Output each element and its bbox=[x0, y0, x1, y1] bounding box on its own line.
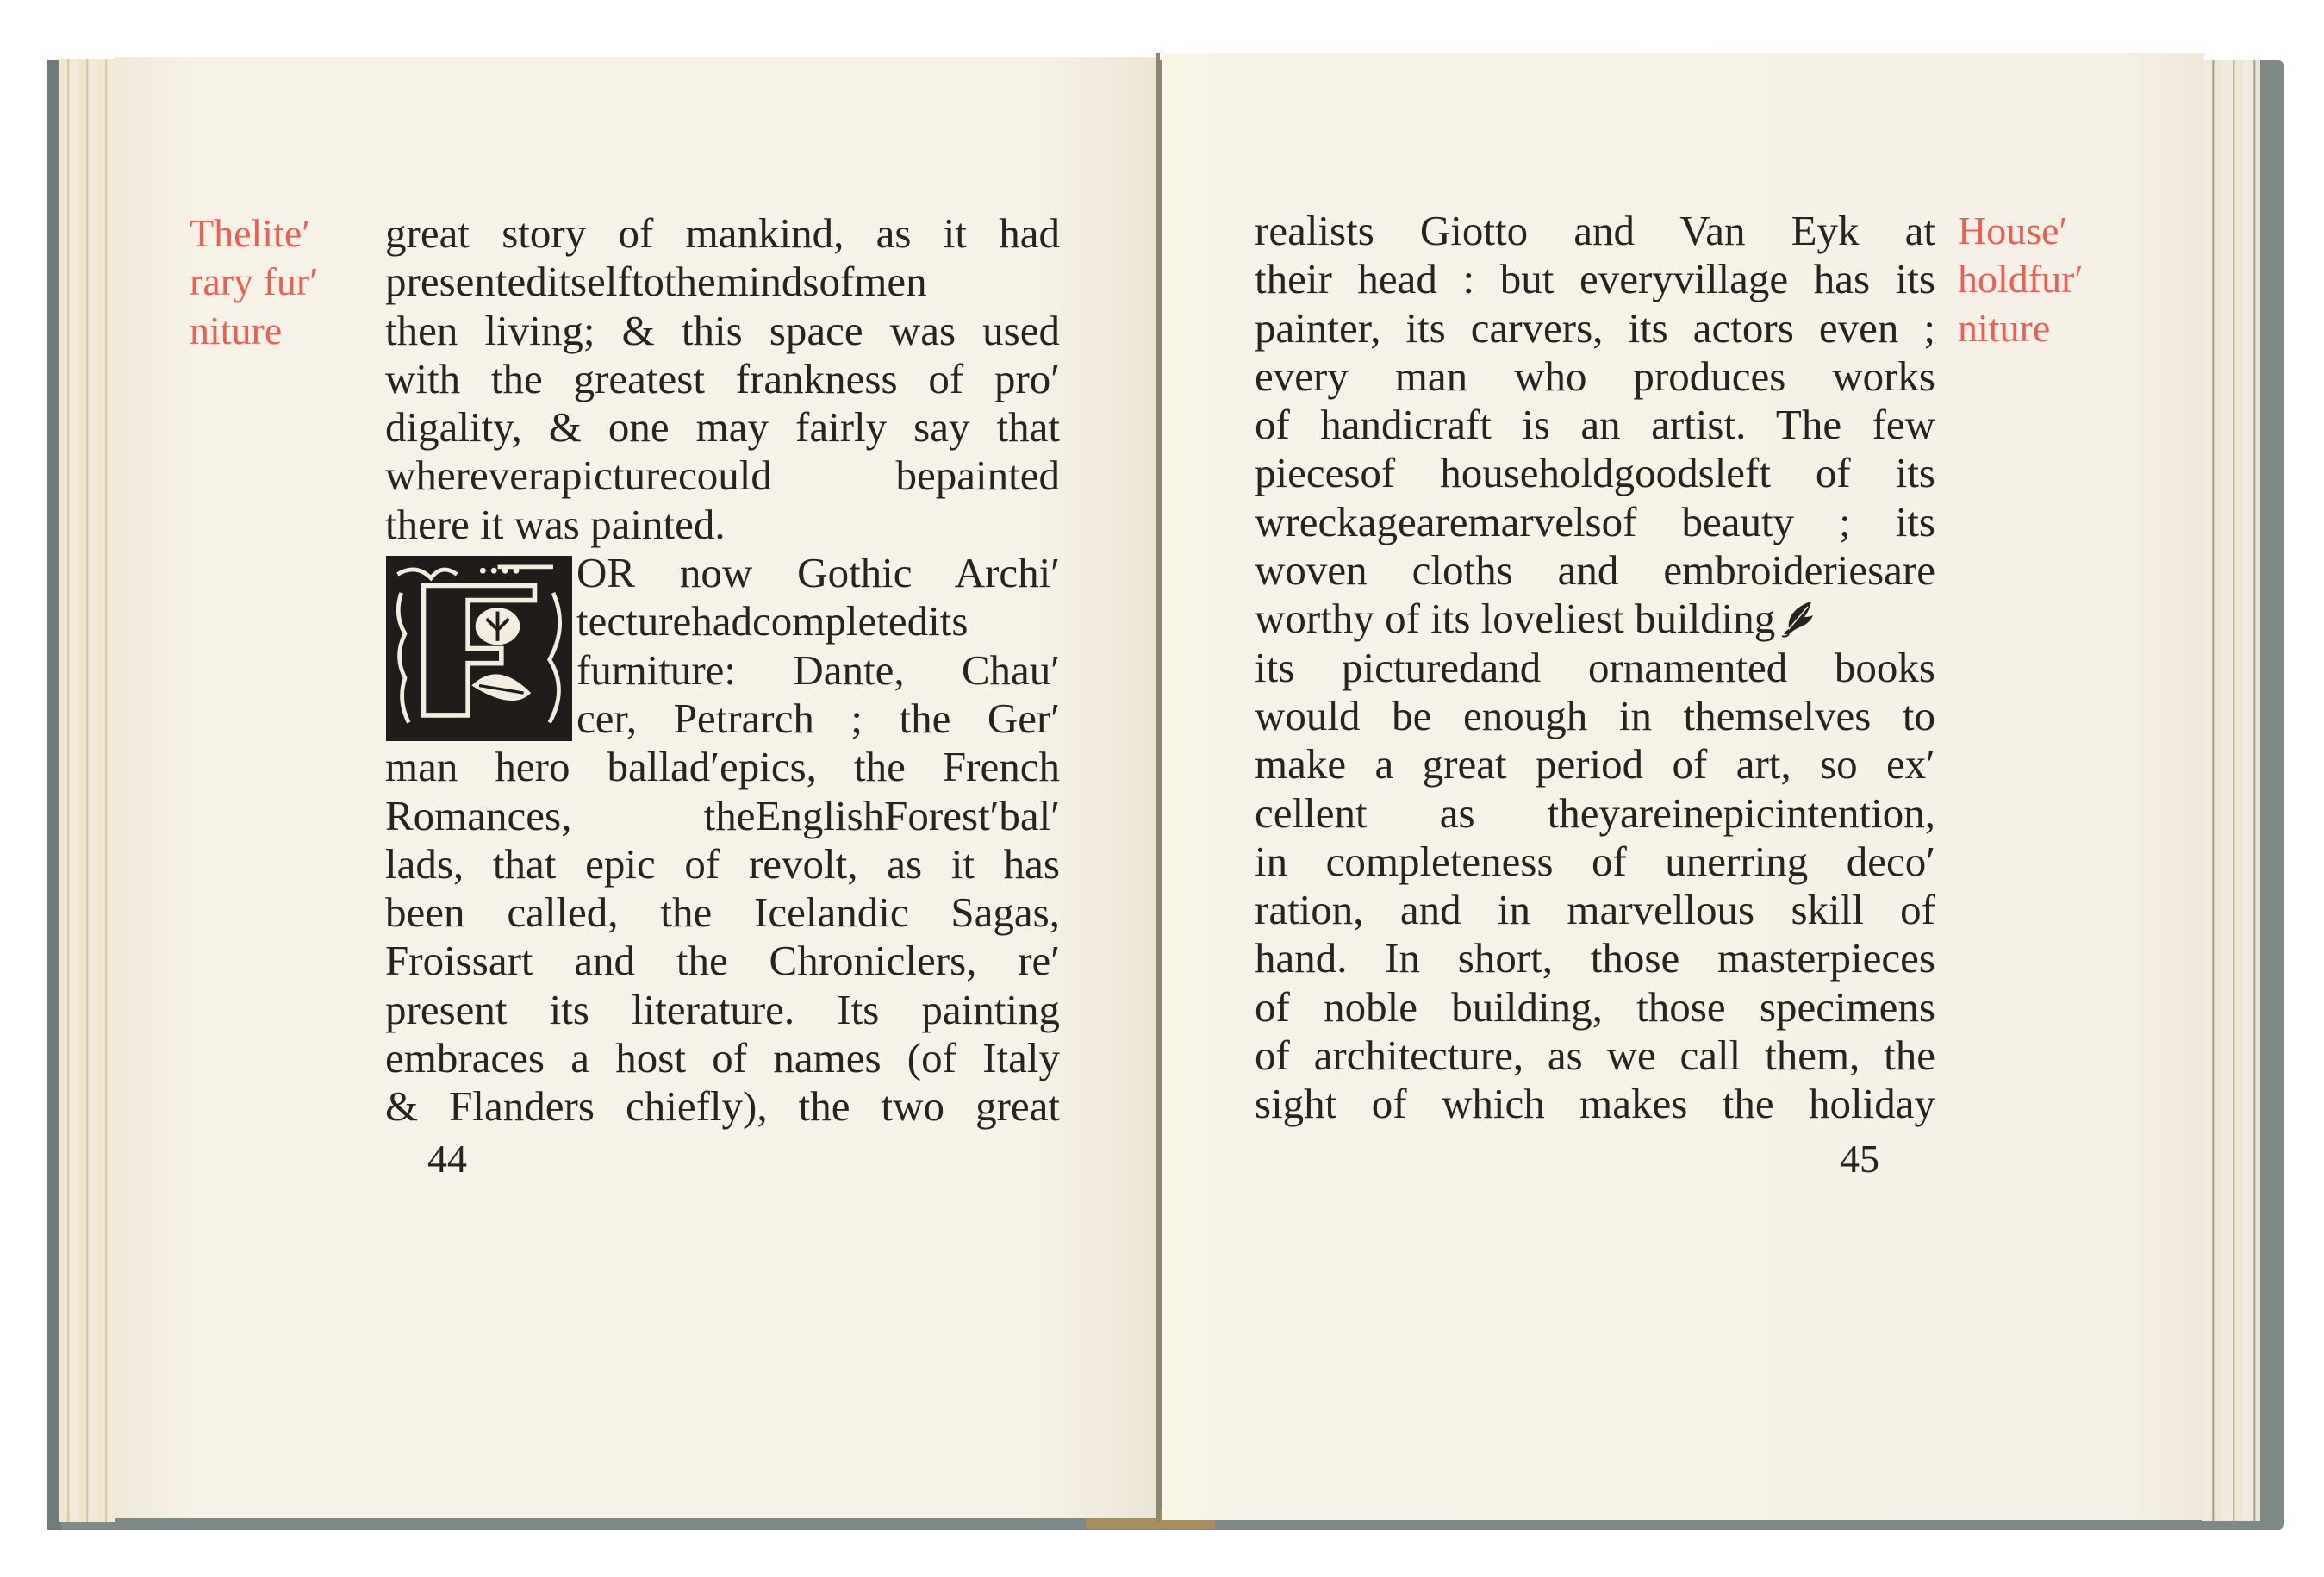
text-line: every man who produces works bbox=[1255, 352, 1935, 401]
text-line: worthy of its loveliest building bbox=[1255, 595, 1775, 642]
text-line: there it was painted. bbox=[385, 501, 1060, 549]
decorated-initial-f-icon bbox=[386, 556, 572, 741]
page-stack-left bbox=[59, 59, 115, 1522]
text-line: man hero ballad′epics, the French bbox=[385, 743, 1060, 791]
right-body-text: realists Giotto and Van Eyk at their hea… bbox=[1255, 207, 1935, 1129]
text-line: in completeness of unerring deco′ bbox=[1255, 838, 1935, 886]
text-line: cer, Petrarch ; the Ger′ bbox=[576, 695, 1060, 743]
text-line: OR now Gothic Archi′ bbox=[576, 549, 1060, 597]
text-line: cellent as theyareinepicintention, bbox=[1255, 789, 1935, 838]
text-line: whereverapicturecould bepainted bbox=[385, 452, 1060, 500]
text-line: tecturehadcompletedits bbox=[576, 597, 1060, 645]
text-line: great story of mankind, as it had bbox=[385, 209, 1060, 258]
text-line: lads, that epic of revolt, as it has bbox=[385, 840, 1060, 888]
text-line: of noble building, those specimens bbox=[1255, 983, 1935, 1032]
text-line: with the greatest frankness of pro′ bbox=[385, 355, 1060, 403]
left-sidenote: Thelite′ rary fur′ niture bbox=[190, 209, 318, 355]
text-line: of architecture, as we call them, the bbox=[1255, 1032, 1935, 1080]
text-line: Froissart and the Chroniclers, re′ bbox=[385, 937, 1060, 985]
text-line: of handicraft is an artist. The few bbox=[1255, 401, 1935, 449]
sidenote-line: Thelite′ bbox=[190, 209, 318, 258]
text-line: furniture: Dante, Chau′ bbox=[576, 646, 1060, 695]
text-line: their head : but everyvillage has its bbox=[1255, 255, 1935, 303]
page-stack-right bbox=[2202, 60, 2260, 1521]
text-line: embraces a host of names (of Italy bbox=[385, 1034, 1060, 1082]
sidenote-line: House′ bbox=[1958, 207, 2083, 255]
gutter-fold bbox=[1156, 53, 1160, 1522]
text-line: digality, & one may fairly say that bbox=[385, 403, 1060, 452]
text-line: hand. In short, those masterpieces bbox=[1255, 934, 1935, 982]
text-line: woven cloths and embroideriesare bbox=[1255, 546, 1935, 595]
text-line: realists Giotto and Van Eyk at bbox=[1255, 207, 1935, 255]
text-line: present its literature. Its painting bbox=[385, 986, 1060, 1034]
text-line: & Flanders chiefly), the two great bbox=[385, 1082, 1060, 1131]
text-line: then living; & this space was used bbox=[385, 307, 1060, 355]
text-line: ration, and in marvellous skill of bbox=[1255, 886, 1935, 934]
right-sidenote: House′ holdfur′ niture bbox=[1958, 207, 2083, 352]
text-line: piecesof householdgoodsleft of its bbox=[1255, 449, 1935, 497]
sidenote-line: niture bbox=[190, 307, 318, 355]
leaf-ornament-icon bbox=[1780, 600, 1815, 638]
text-line: been called, the Icelandic Sagas, bbox=[385, 888, 1060, 937]
text-line: its picturedand ornamented books bbox=[1255, 644, 1935, 692]
text-line: presenteditselftothemindsofmen bbox=[385, 258, 1060, 306]
sidenote-line: niture bbox=[1958, 304, 2083, 352]
text-line: sight of which makes the holiday bbox=[1255, 1080, 1935, 1128]
text-line-with-ornament: worthy of its loveliest building bbox=[1255, 595, 1935, 643]
sidenote-line: holdfur′ bbox=[1958, 255, 2083, 303]
page-number: 45 bbox=[1840, 1136, 1879, 1181]
page-number: 44 bbox=[427, 1136, 467, 1181]
text-line: wreckagearemarvelsof beauty ; its bbox=[1255, 498, 1935, 546]
text-line: Romances, theEnglishForest′bal′ bbox=[385, 792, 1060, 840]
text-line: make a great period of art, so ex′ bbox=[1255, 740, 1935, 788]
text-line: painter, its carvers, its actors even ; bbox=[1255, 304, 1935, 352]
text-line: would be enough in themselves to bbox=[1255, 692, 1935, 740]
sidenote-line: rary fur′ bbox=[190, 258, 318, 306]
